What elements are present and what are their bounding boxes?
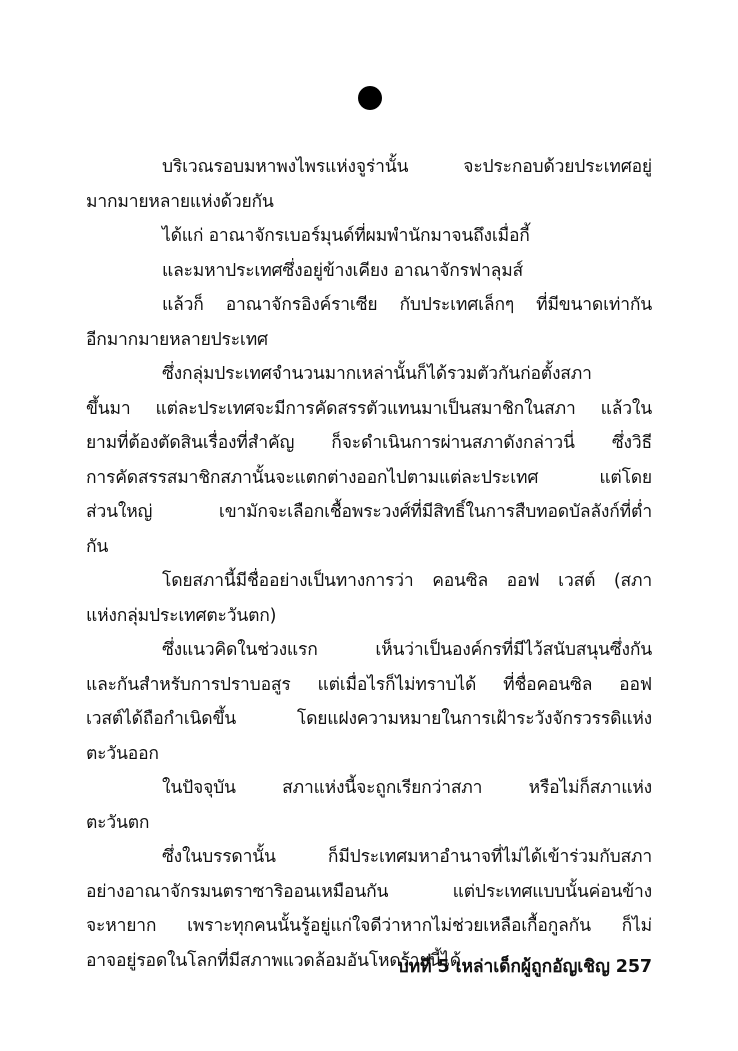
text-line: ยามที่ต้องตัดสินเรื่องที่สำคัญ ก็จะดำเนิ… <box>86 426 652 461</box>
text-line: บริเวณรอบมหาพงไพรแห่งจูร่านั้น จะประกอบด… <box>86 150 652 185</box>
text-line: ซึ่งในบรรดานั้น ก็มีประเทศมหาอำนาจที่ไม่… <box>86 840 652 875</box>
text-line: มากมายหลายแห่งด้วยกัน <box>86 185 652 220</box>
section-bullet-icon <box>358 86 382 110</box>
chapter-title: บทที่ 5 เหล่าเด็กผู้ถูกอัญเชิญ <box>398 957 610 977</box>
body-text: บริเวณรอบมหาพงไพรแห่งจูร่านั้น จะประกอบด… <box>86 150 652 978</box>
text-line: อย่างอาณาจักรมนตราซาริออนเหมือนกัน แต่ปร… <box>86 875 652 910</box>
text-line: ตะวันตก <box>86 806 652 841</box>
text-line: โดยสภานี้มีชื่ออย่างเป็นทางการว่า คอนซิล… <box>86 564 652 599</box>
text-line: ได้แก่ อาณาจักรเบอร์มุนด์ที่ผมพำนักมาจนถ… <box>86 219 652 254</box>
page-footer: บทที่ 5 เหล่าเด็กผู้ถูกอัญเชิญ 257 <box>398 952 652 980</box>
text-line: แห่งกลุ่มประเทศตะวันตก) <box>86 599 652 634</box>
text-line: ในปัจจุบัน สภาแห่งนี้จะถูกเรียกว่าสภา หร… <box>86 771 652 806</box>
text-line: ส่วนใหญ่ เขามักจะเลือกเชื้อพระวงศ์ที่มีส… <box>86 495 652 530</box>
text-line: อีกมากมายหลายประเทศ <box>86 323 652 358</box>
text-line: ตะวันออก <box>86 737 652 772</box>
text-line: จะหายาก เพราะทุกคนนั้นรู้อยู่แก่ใจดีว่าห… <box>86 909 652 944</box>
text-line: เวสต์ได้ถือกำเนิดขึ้น โดยแฝงความหมายในกา… <box>86 702 652 737</box>
text-line: แล้วก็ อาณาจักรอิงค์ราเซีย กับประเทศเล็ก… <box>86 288 652 323</box>
text-line: กัน <box>86 530 652 565</box>
text-line: ซึ่งแนวคิดในช่วงแรก เห็นว่าเป็นองค์กรที่… <box>86 633 652 668</box>
text-line: ซึ่งกลุ่มประเทศจำนวนมากเหล่านั้นก็ได้รวม… <box>86 357 652 392</box>
text-line: และกันสำหรับการปราบอสูร แต่เมื่อไรก็ไม่ท… <box>86 668 652 703</box>
text-line: การคัดสรรสมาชิกสภานั้นจะแตกต่างออกไปตามแ… <box>86 461 652 496</box>
text-line: และมหาประเทศซึ่งอยู่ข้างเคียง อาณาจักรฟา… <box>86 254 652 289</box>
page-number: 257 <box>616 957 652 977</box>
text-line: ขึ้นมา แต่ละประเทศจะมีการคัดสรรตัวแทนมาเ… <box>86 392 652 427</box>
